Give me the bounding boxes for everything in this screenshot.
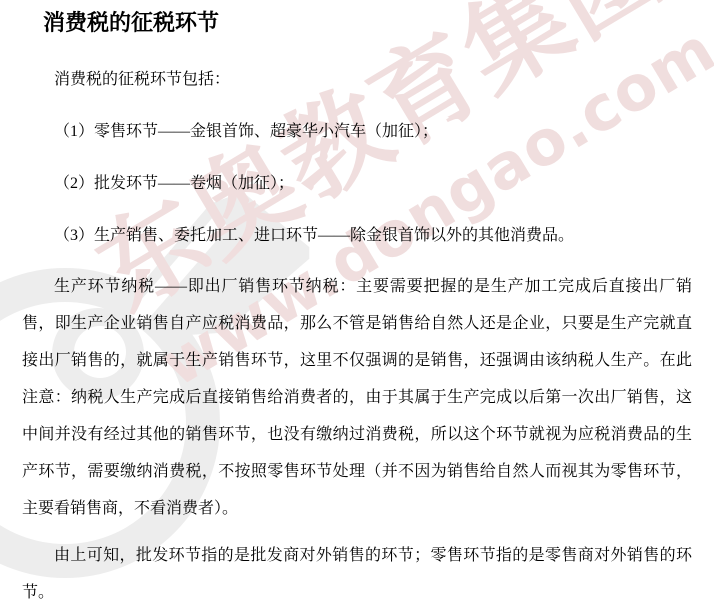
list-item-production: （3）生产销售、委托加工、进口环节——除金银首饰以外的其他消费品。 (22, 217, 692, 254)
page-title: 消费税的征税环节 (43, 8, 692, 38)
conclusion-paragraph: 由上可知，批发环节指的是批发商对外销售的环节；零售环节指的是零售商对外销售的环节… (22, 537, 692, 611)
main-paragraph: 生产环节纳税——即出厂销售环节纳税：主要需要把握的是生产加工完成后直接出厂销售，… (22, 268, 692, 527)
list-item-retail: （1）零售环节——金银首饰、超豪华小汽车（加征）； (22, 113, 692, 150)
document-page: 东奥教育集团 www.dongao.com 消费税的征税环节 消费税的征税环节包… (0, 0, 714, 614)
document-body: 消费税的征税环节 消费税的征税环节包括： （1）零售环节——金银首饰、超豪华小汽… (0, 8, 714, 611)
intro-paragraph: 消费税的征税环节包括： (22, 61, 692, 98)
list-item-wholesale: （2）批发环节——卷烟（加征）； (22, 165, 692, 202)
